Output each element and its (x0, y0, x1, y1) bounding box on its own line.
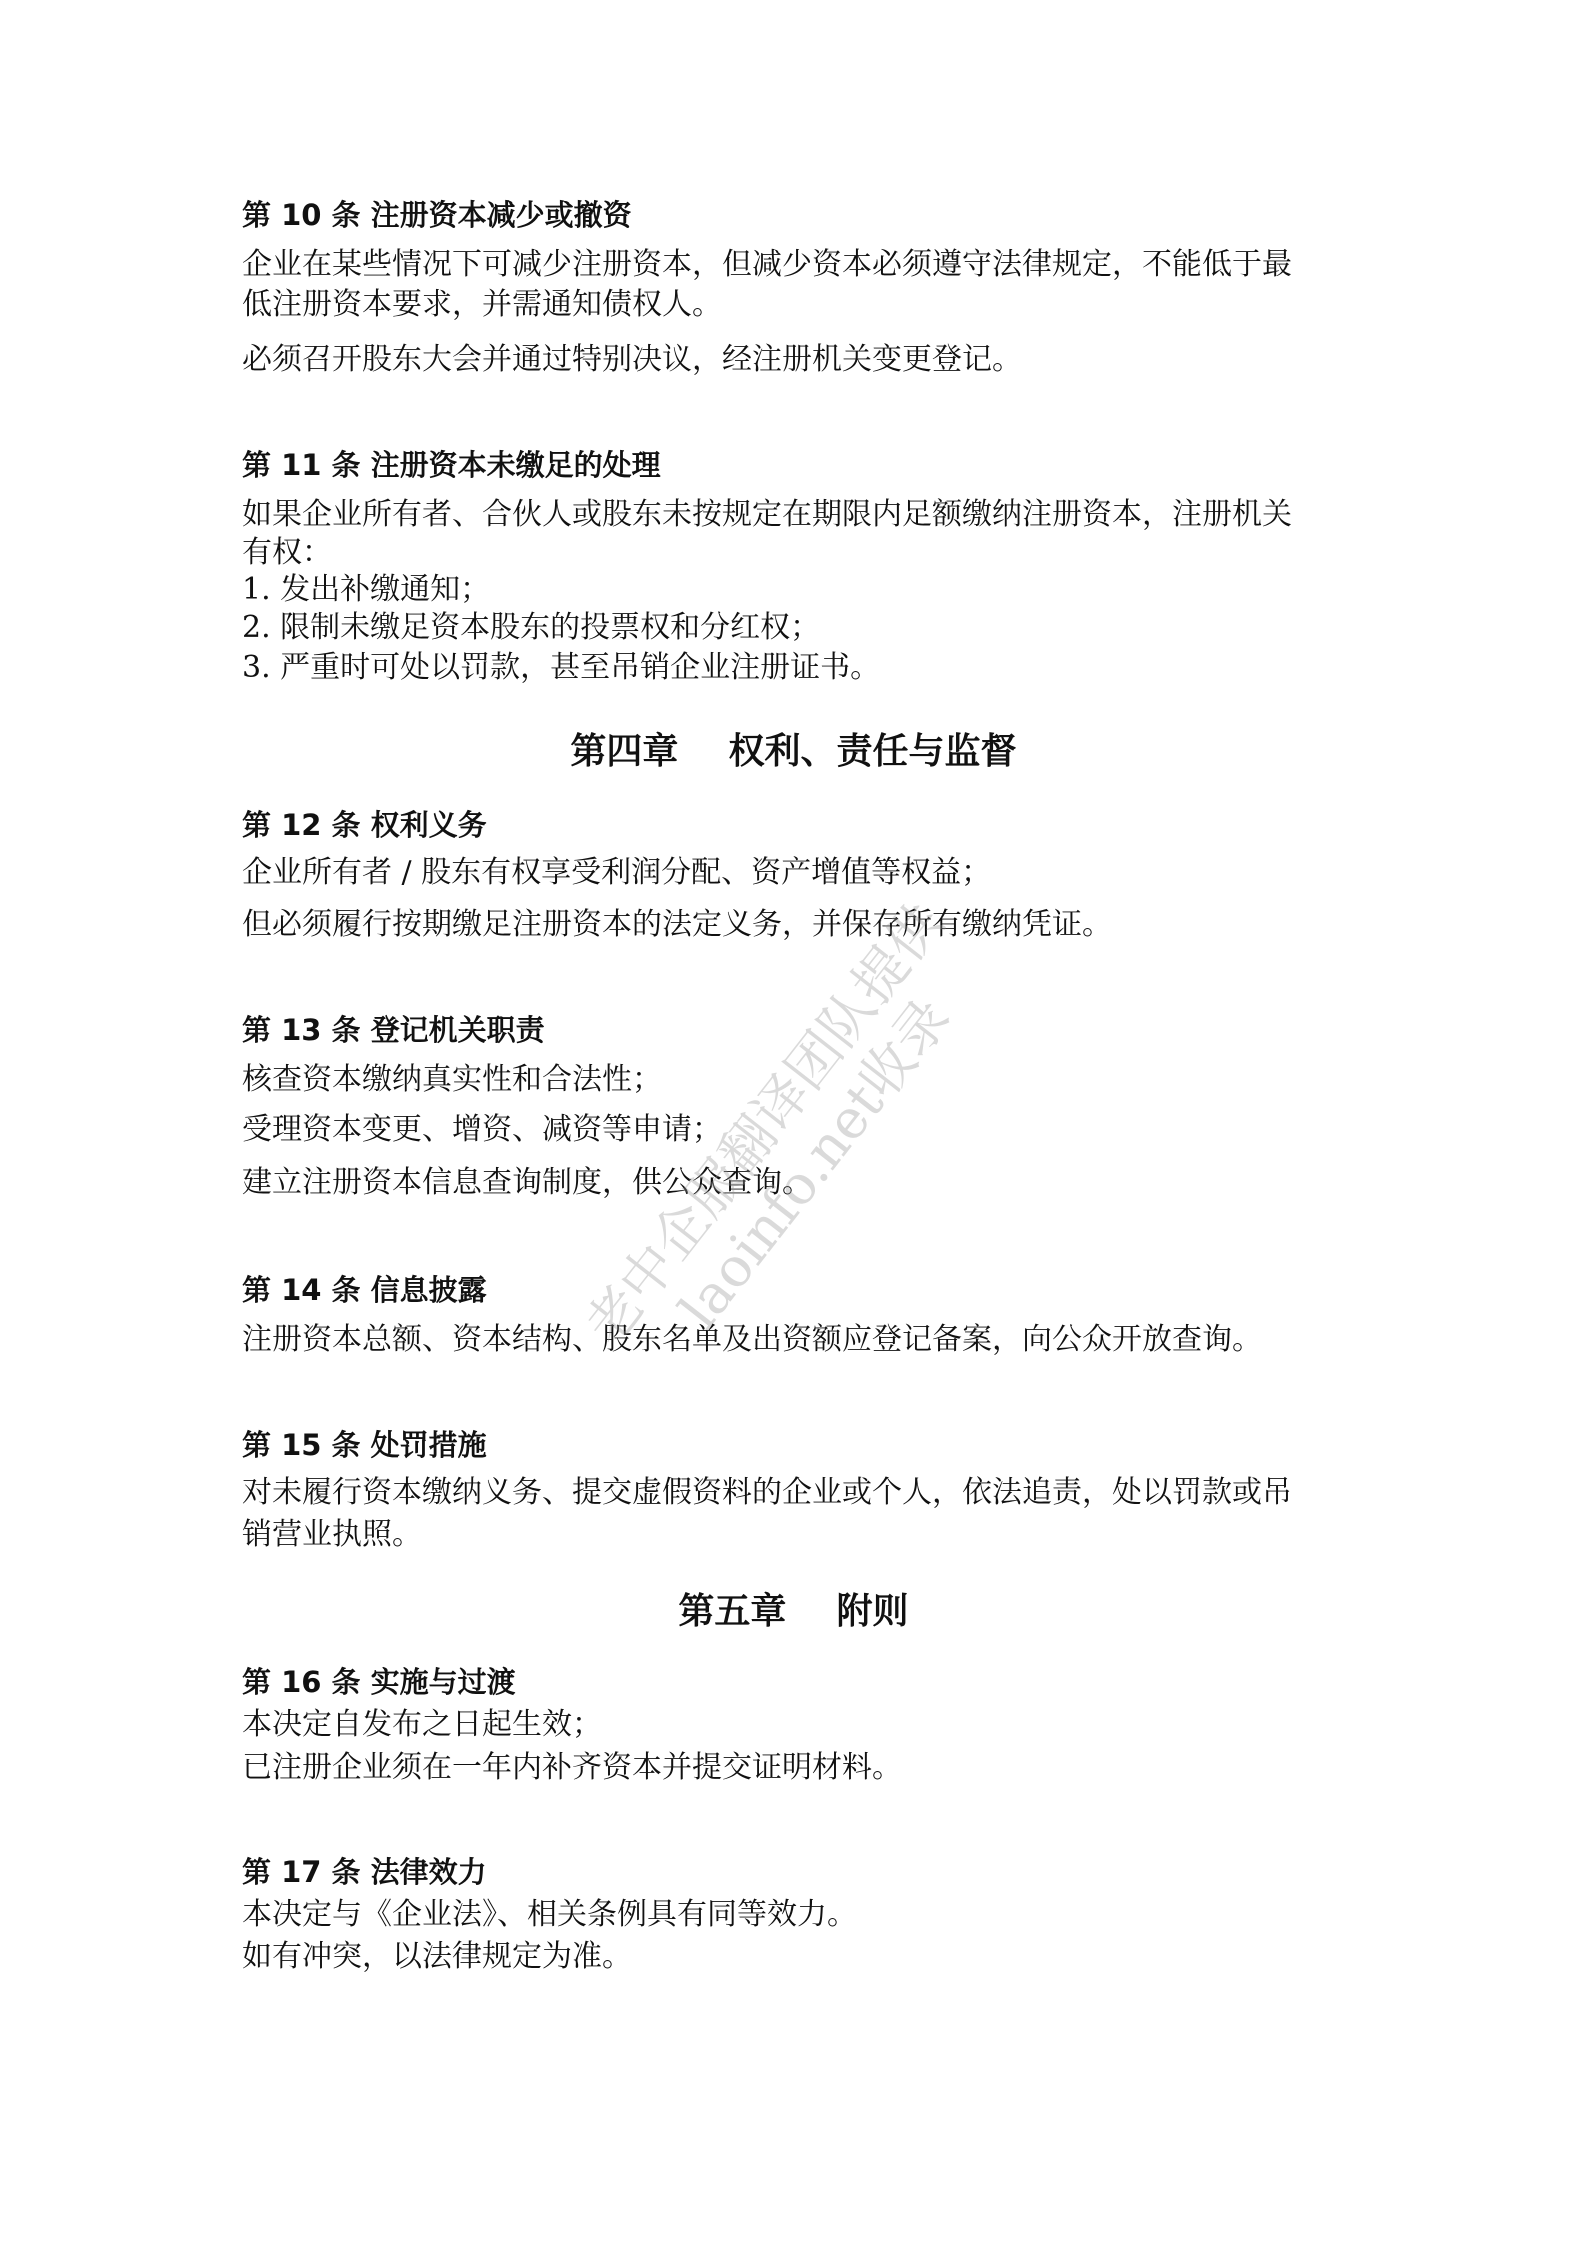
chapter-4-heading: 第四章 权利、责任与监督 (0, 730, 1587, 774)
article-14-line: 注册资本总额、资本结构、股东名单及出资额应登记备案，向公众开放查询。 (242, 1322, 1262, 1358)
article-11-list-item: 1. 发出补缴通知； (242, 572, 490, 608)
article-15-heading: 第 15 条 处罚措施 (242, 1427, 487, 1463)
article-13-line: 核查资本缴纳真实性和合法性； (242, 1062, 662, 1098)
article-11-heading: 第 11 条 注册资本未缴足的处理 (242, 447, 661, 483)
article-12-line: 企业所有者 / 股东有权享受利润分配、资产增值等权益； (242, 855, 991, 891)
article-17-line: 如有冲突，以法律规定为准。 (242, 1939, 632, 1975)
article-16-line: 本决定自发布之日起生效； (242, 1707, 602, 1743)
chapter-5-heading: 第五章 附则 (0, 1590, 1587, 1634)
article-10-line: 必须召开股东大会并通过特别决议，经注册机关变更登记。 (242, 342, 1022, 378)
article-10-line: 企业在某些情况下可减少注册资本，但减少资本必须遵守法律规定，不能低于最 (242, 247, 1292, 283)
article-12-heading: 第 12 条 权利义务 (242, 807, 487, 843)
article-11-line: 如果企业所有者、合伙人或股东未按规定在期限内足额缴纳注册资本，注册机关 (242, 497, 1292, 533)
article-15-line: 对未履行资本缴纳义务、提交虚假资料的企业或个人，依法追责，处以罚款或吊 (242, 1475, 1292, 1511)
article-16-heading: 第 16 条 实施与过渡 (242, 1664, 516, 1700)
article-14-heading: 第 14 条 信息披露 (242, 1272, 487, 1308)
article-15-line: 销营业执照。 (242, 1517, 422, 1553)
article-16-line: 已注册企业须在一年内补齐资本并提交证明材料。 (242, 1750, 902, 1786)
article-11-list-item: 2. 限制未缴足资本股东的投票权和分红权； (242, 610, 820, 646)
article-10-heading: 第 10 条 注册资本减少或撤资 (242, 197, 632, 233)
article-12-line: 但必须履行按期缴足注册资本的法定义务，并保存所有缴纳凭证。 (242, 907, 1112, 943)
article-11-line: 有权： (242, 535, 332, 571)
article-10-line: 低注册资本要求，并需通知债权人。 (242, 287, 722, 323)
article-17-line: 本决定与《企业法》、相关条例具有同等效力。 (242, 1897, 857, 1933)
article-17-heading: 第 17 条 法律效力 (242, 1854, 487, 1890)
article-13-line: 受理资本变更、增资、减资等申请； (242, 1112, 722, 1148)
article-13-line: 建立注册资本信息查询制度，供公众查询。 (242, 1165, 812, 1201)
article-11-list-item: 3. 严重时可处以罚款，甚至吊销企业注册证书。 (242, 650, 880, 686)
article-13-heading: 第 13 条 登记机关职责 (242, 1012, 545, 1048)
